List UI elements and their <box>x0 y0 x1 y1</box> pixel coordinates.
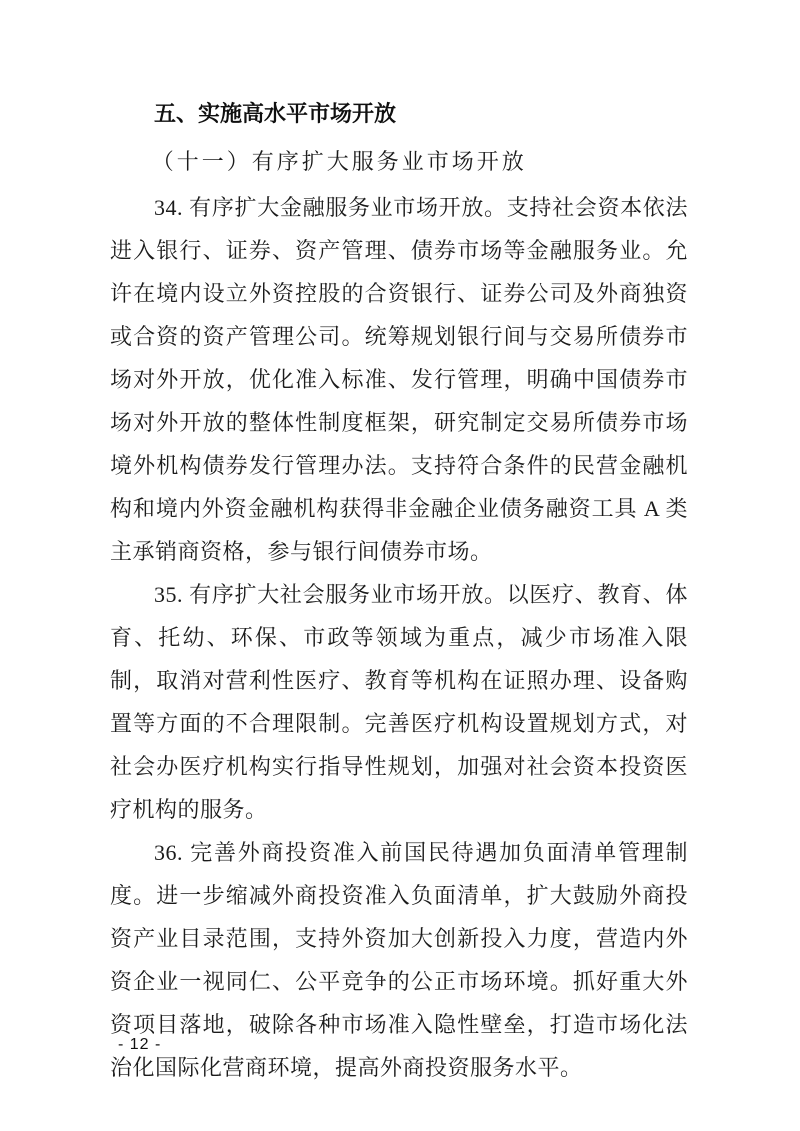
subsection-heading: （十一）有序扩大服务业市场开放 <box>110 138 688 186</box>
paragraph-35: 35. 有序扩大社会服务业市场开放。以医疗、教育、体育、托幼、环保、市政等领域为… <box>110 573 688 831</box>
document-body: 五、实施高水平市场开放 （十一）有序扩大服务业市场开放 34. 有序扩大金融服务… <box>110 92 688 1089</box>
section-heading: 五、实施高水平市场开放 <box>110 92 688 138</box>
document-page: 五、实施高水平市场开放 （十一）有序扩大服务业市场开放 34. 有序扩大金融服务… <box>0 0 800 1131</box>
paragraph-36: 36. 完善外商投资准入前国民待遇加负面清单管理制度。进一步缩减外商投资准入负面… <box>110 831 688 1089</box>
page-number: - 12 - <box>118 1036 161 1054</box>
paragraph-34: 34. 有序扩大金融服务业市场开放。支持社会资本依法进入银行、证券、资产管理、债… <box>110 186 688 573</box>
